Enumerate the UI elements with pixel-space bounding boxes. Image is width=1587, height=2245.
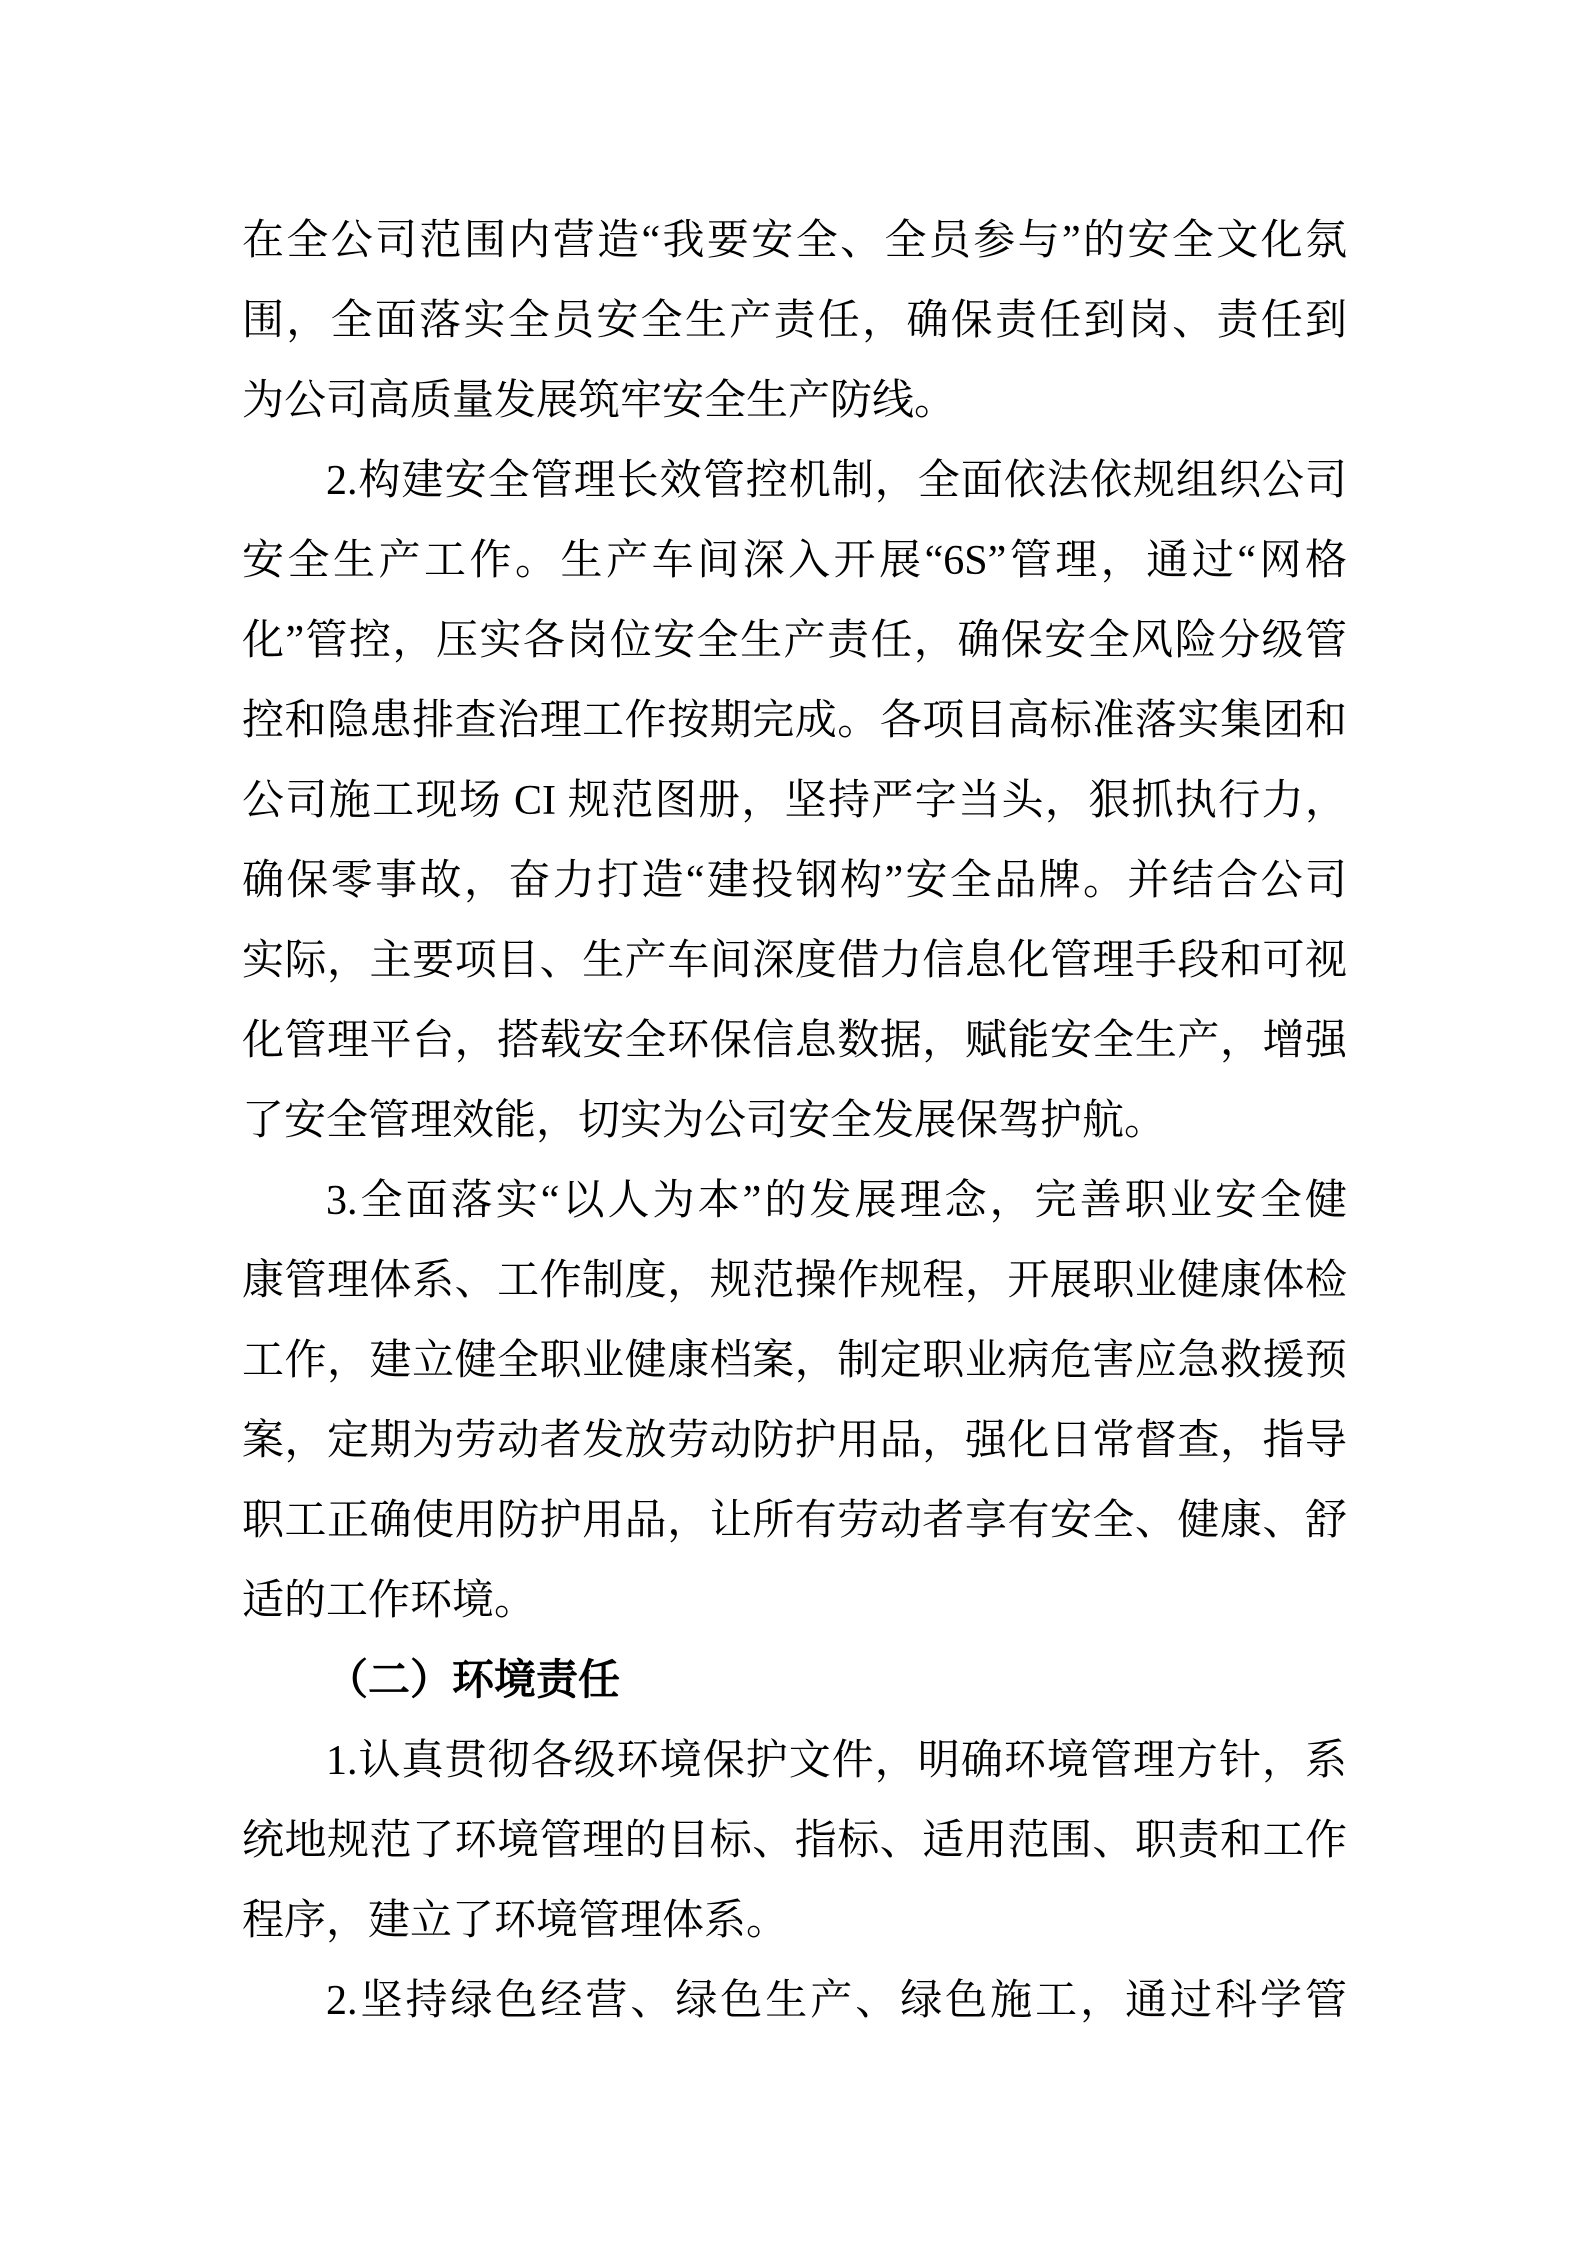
text-line: 适的工作环境。 [242,1561,1347,1641]
text-line: 实际，主要项目、生产车间深度借力信息化管理手段和可视 [242,921,1347,1001]
text-line: 安全生产工作。生产车间深入开展“6S”管理，通过“网格 [242,521,1347,601]
document-page: 在全公司范围内营造“我要安全、全员参与”的安全文化氛 围，全面落实全员安全生产责… [0,0,1587,2245]
text-line: 公司施工现场 CI 规范图册，坚持严字当头，狠抓执行力， [242,761,1347,841]
text-line: 化管理平台，搭载安全环保信息数据，赋能安全生产，增强 [242,1001,1347,1081]
text-line: 工作，建立健全职业健康档案，制定职业病危害应急救援预 [242,1321,1347,1401]
text-line: 程序，建立了环境管理体系。 [242,1881,1347,1961]
text-line: 在全公司范围内营造“我要安全、全员参与”的安全文化氛 [242,201,1347,281]
text-line: 统地规范了环境管理的目标、指标、适用范围、职责和工作 [242,1801,1347,1881]
text-line: 围，全面落实全员安全生产责任，确保责任到岗、责任到人， [242,281,1347,361]
text-line: 2.构建安全管理长效管控机制，全面依法依规组织公司 [242,441,1347,521]
text-line: 案，定期为劳动者发放劳动防护用品，强化日常督查，指导 [242,1401,1347,1481]
text-line: 3.全面落实“以人为本”的发展理念，完善职业安全健 [242,1161,1347,1241]
text-line: 康管理体系、工作制度，规范操作规程，开展职业健康体检 [242,1241,1347,1321]
text-line: 控和隐患排查治理工作按期完成。各项目高标准落实集团和 [242,681,1347,761]
text-line: 职工正确使用防护用品，让所有劳动者享有安全、健康、舒 [242,1481,1347,1561]
text-line: 了安全管理效能，切实为公司安全发展保驾护航。 [242,1081,1347,1161]
text-line: 1.认真贯彻各级环境保护文件，明确环境管理方针，系 [242,1721,1347,1801]
section-heading: （二）环境责任 [242,1641,1347,1721]
text-line: 化”管控，压实各岗位安全生产责任，确保安全风险分级管 [242,601,1347,681]
text-line: 确保零事故，奋力打造“建投钢构”安全品牌。并结合公司 [242,841,1347,921]
text-line: 为公司高质量发展筑牢安全生产防线。 [242,361,1347,441]
document-text-block: 在全公司范围内营造“我要安全、全员参与”的安全文化氛 围，全面落实全员安全生产责… [242,201,1347,2041]
text-line: 2.坚持绿色经营、绿色生产、绿色施工，通过科学管理， [242,1961,1347,2041]
